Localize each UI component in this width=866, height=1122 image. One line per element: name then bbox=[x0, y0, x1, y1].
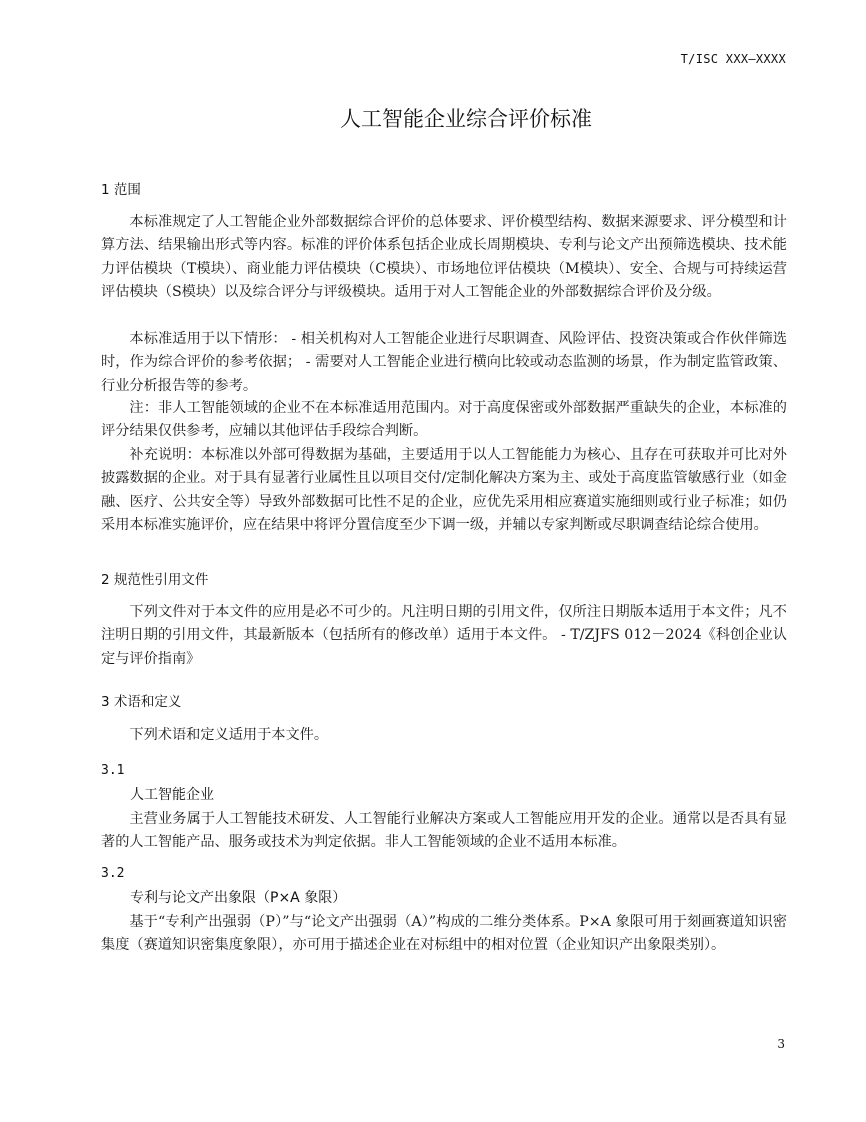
section-heading-scope: 1 范围 bbox=[101, 178, 141, 198]
paragraph-scope-overview: 本标准规定了人工智能企业外部数据综合评价的总体要求、评价模型结构、数据来源要求、… bbox=[101, 211, 787, 305]
term-definition: 主营业务属于人工智能技术研发、人工智能行业解决方案或人工智能应用开发的企业。通常… bbox=[101, 808, 787, 855]
term-name: 专利与论文产出象限（P×A 象限） bbox=[130, 887, 346, 907]
paragraph-scope-note: 注：非人工智能领域的企业不在本标准适用范围内。对于高度保密或外部数据严重缺失的企… bbox=[101, 397, 787, 444]
document-title: 人工智能企业综合评价标准 bbox=[0, 103, 866, 133]
term-definition: 基于“专利产出强弱（P）”与“论文产出强弱（A）”构成的二维分类体系。P×A 象… bbox=[101, 911, 787, 958]
document-code: T/ISC XXX—XXXX bbox=[681, 52, 786, 66]
paragraph-scope-supplement: 补充说明：本标准以外部可得数据为基础，主要适用于以人工智能能力为核心、且存在可获… bbox=[101, 444, 787, 538]
section-heading-terms-definitions: 3 术语和定义 bbox=[101, 690, 181, 710]
paragraph-normative-references: 下列文件对于本文件的应用是必不可少的。凡注明日期的引用文件，仅所注日期版本适用于… bbox=[101, 601, 787, 671]
paragraph-scope-applicability: 本标准适用于以下情形： - 相关机构对人工智能企业进行尽职调查、风险评估、投资决… bbox=[101, 328, 787, 398]
section-heading-normative-references: 2 规范性引用文件 bbox=[101, 568, 208, 588]
term-name: 人工智能企业 bbox=[130, 784, 214, 804]
paragraph-terms-intro: 下列术语和定义适用于本文件。 bbox=[101, 724, 787, 747]
term-number: 3.2 bbox=[101, 866, 124, 881]
document-page: T/ISC XXX—XXXX 人工智能企业综合评价标准 1 范围 本标准规定了人… bbox=[0, 0, 866, 1122]
term-number: 3.1 bbox=[101, 763, 124, 778]
page-number: 3 bbox=[777, 1037, 785, 1051]
